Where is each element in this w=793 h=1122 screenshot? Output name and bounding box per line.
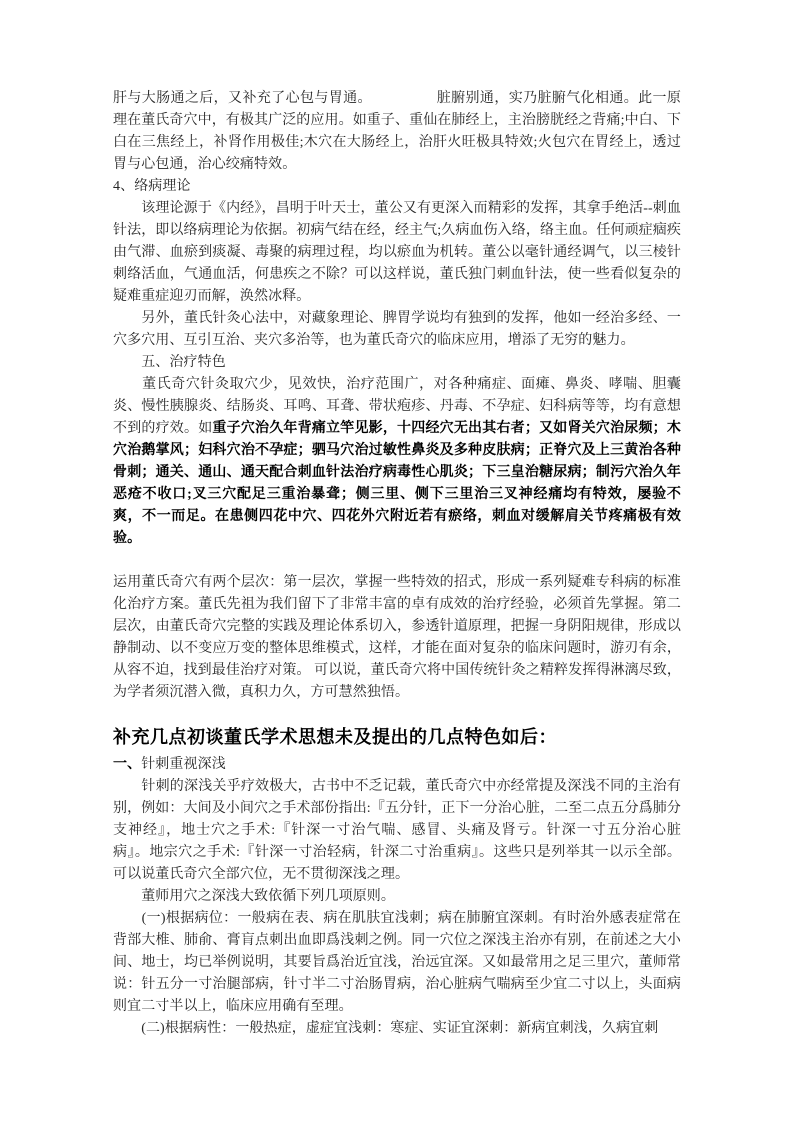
bold-text-run: 重子穴治久年背痛立竿见影，十四经穴无出其右者；又如肾关穴治尿频；木穴治鹅掌风；妇… — [113, 421, 681, 546]
text-run: 该理论源于《内经》，昌明于叶天士，董公又有更深入而精彩的发挥，其拿手绝活--刺血… — [113, 201, 681, 304]
paragraph: 4、络病理论 — [113, 176, 681, 198]
text-run: 董师用穴之深浅大致依循下列几项原则。 — [113, 889, 395, 904]
paragraph: 该理论源于《内经》，昌明于叶天士，董公又有更深入而精彩的发挥，其拿手绝活--刺血… — [113, 198, 681, 308]
text-run: 另外，董氏针灸心法中，对藏象理论、脾胃学说均有独到的发挥，他如一经治多经、一穴多… — [113, 311, 681, 348]
text-run: (二)根据病性：一般热症，虚症宜浅刺：寒症、实证宜深刺：新病宜刺浅，久病宜刺 — [113, 1021, 658, 1036]
paragraph: 另外，董氏针灸心法中，对藏象理论、脾胃学说均有独到的发挥，他如一经治多经、一穴多… — [113, 308, 681, 352]
text-run: 五、治疗特色 — [113, 355, 226, 370]
text-run: 运用董氏奇穴有两个层次：第一层次，掌握一些特效的招式，形成一系列疑难专科病的标准… — [113, 575, 681, 700]
document-content: 肝与大肠通之后，又补充了心包与胃通。 脏腑别通，实乃脏腑气化相通。此一原理在董氏… — [113, 88, 681, 1040]
paragraph: 董氏奇穴针灸取穴少，见效快，治疗范围广，对各种痛症、面瘫、鼻炎、哮喘、胆囊炎、慢… — [113, 374, 681, 550]
document-page: 肝与大肠通之后，又补充了心包与胃通。 脏腑别通，实乃脏腑气化相通。此一原理在董氏… — [0, 0, 793, 1122]
paragraph: (二)根据病性：一般热症，虚症宜浅刺：寒症、实证宜深刺：新病宜刺浅，久病宜刺 — [113, 1018, 681, 1040]
bold-text-run: 一、 — [113, 757, 141, 772]
paragraph: (一)根据病位：一般病在表、病在肌肤宜浅刺；病在肺腑宜深刺。有时治外感表症常在背… — [113, 908, 681, 1018]
text-run: 针刺重视深浅 — [141, 757, 226, 772]
text-run: 针刺的深浅关乎疗效极大，古书中不乏记载，董氏奇穴中亦经常提及深浅不同的主治有别，… — [113, 779, 681, 882]
paragraph: 肝与大肠通之后，又补充了心包与胃通。 脏腑别通，实乃脏腑气化相通。此一原理在董氏… — [113, 88, 681, 176]
text-run: (一)根据病位：一般病在表、病在肌肤宜浅刺；病在肺腑宜深刺。有时治外感表症常在背… — [113, 911, 681, 1014]
paragraph: 五、治疗特色 — [113, 352, 681, 374]
paragraph: 一、针刺重视深浅 — [113, 754, 681, 776]
text-run: 肝与大肠通之后，又补充了心包与胃通。 脏腑别通，实乃脏腑气化相通。此一原理在董氏… — [113, 91, 681, 172]
section-heading: 补充几点初谈董氏学术思想未及提出的几点特色如后： — [113, 724, 681, 750]
bold-text-run: 补充几点初谈董氏学术思想未及提出的几点特色如后： — [113, 727, 557, 747]
paragraph: 针刺的深浅关乎疗效极大，古书中不乏记载，董氏奇穴中亦经常提及深浅不同的主治有别，… — [113, 776, 681, 886]
paragraph: 董师用穴之深浅大致依循下列几项原则。 — [113, 886, 681, 908]
text-run: 4、络病理论 — [113, 179, 191, 194]
paragraph: 运用董氏奇穴有两个层次：第一层次，掌握一些特效的招式，形成一系列疑难专科病的标准… — [113, 572, 681, 704]
